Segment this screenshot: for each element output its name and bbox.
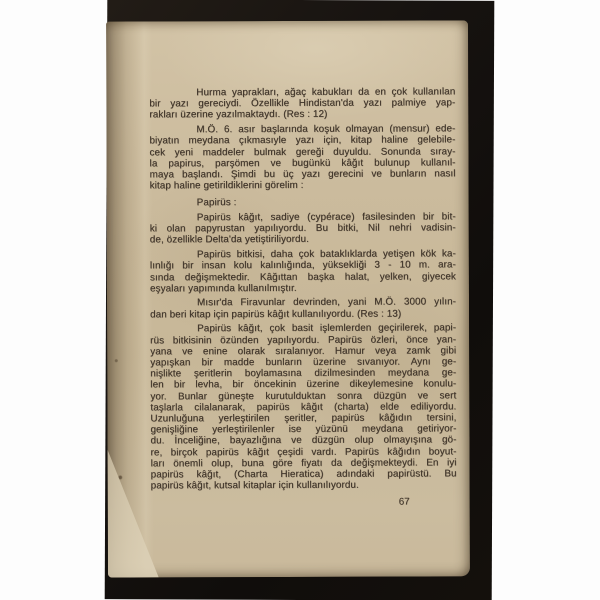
text-line: Papirüs kâğıt, çok basit işlemlerden geç…: [150, 323, 456, 335]
text-line: Mısır'da Firavunlar devrinden, yani M.Ö.…: [150, 297, 456, 309]
text-line: papirüs kâğıt, (Charta Hieratica) adında…: [151, 468, 457, 480]
text-line: maya başlandı. Şimdi bu üç yazı gerecini…: [150, 168, 456, 180]
text-line: papirüs kâğıt, kutsal kitaplar için kull…: [151, 480, 457, 492]
text-line: rakları üzerine yazılmaktaydı. (Res : 12…: [149, 109, 455, 121]
text-line: re, birçok papirüs kâğıt çeşidi vardı. P…: [151, 446, 457, 458]
book-photo: Hurma yaprakları, ağaç kabukları da en ç…: [105, 0, 495, 600]
paragraph: M.Ö. 6. asır başlarında koşuk olmayan (m…: [149, 123, 455, 191]
page-number: 67: [399, 497, 410, 508]
text-line: kitap haline getirildiklerini görelim :: [150, 179, 456, 191]
backdrop: Hurma yaprakları, ağaç kabukları da en ç…: [0, 0, 600, 600]
paragraph: Papirüs kâğıt, sadiye (cypérace) fasiles…: [150, 211, 456, 246]
text-line: lınlığı bir insan kolu kalınlığında, yük…: [150, 260, 456, 272]
text-line: yor. Bunlar güneşte kurutulduktan sonra …: [150, 390, 456, 402]
text-line: bir yazı gereciydi. Özellikle Hindistan'…: [149, 98, 455, 110]
text-line: rüs bitkisinin özünden yapılıyordu. Papi…: [150, 334, 456, 346]
text-line: dan beri kitap için papirüs kâğıt kullan…: [150, 308, 456, 320]
text-line: la papirus, parşömen ve bugünkü kâğıt bu…: [150, 157, 456, 169]
paragraph: Papirüs bitkisi, daha çok bataklıklarda …: [150, 249, 456, 295]
text-line: eşyaları yapımında kullanılmıştır.: [150, 282, 456, 294]
paragraph: Papirüs kâğıt, çok basit işlemlerden geç…: [150, 323, 457, 492]
text-line: len bir levha, bir öncekinin üzerine dik…: [150, 379, 456, 391]
text-line: biyatın meydana çıkmasıyle yazı için, ki…: [149, 135, 455, 147]
text-line: sında değişmektedir. Kâğıttan başka hala…: [150, 271, 456, 283]
text-block: Hurma yaprakları, ağaç kabukları da en ç…: [149, 86, 456, 491]
book-page: Hurma yaprakları, ağaç kabukları da en ç…: [106, 20, 470, 577]
paragraph: Mısır'da Firavunlar devrinden, yani M.Ö.…: [150, 297, 456, 320]
text-line: du. İnceliğine, bayazlığına ve düzgün ol…: [150, 435, 456, 447]
text-line: Papirüs :: [150, 197, 456, 209]
paragraph: Hurma yaprakları, ağaç kabukları da en ç…: [149, 86, 455, 121]
text-line: de, özellikle Delta'da yetiştiriliyordu.: [150, 234, 456, 246]
text-line: ki olan papyrustan yapılıyordu. Bu bitki…: [150, 223, 456, 235]
section-heading: Papirüs :: [150, 197, 456, 209]
text-line: cek yeni maddeler bulmak gereği duyuldu.…: [149, 146, 455, 158]
